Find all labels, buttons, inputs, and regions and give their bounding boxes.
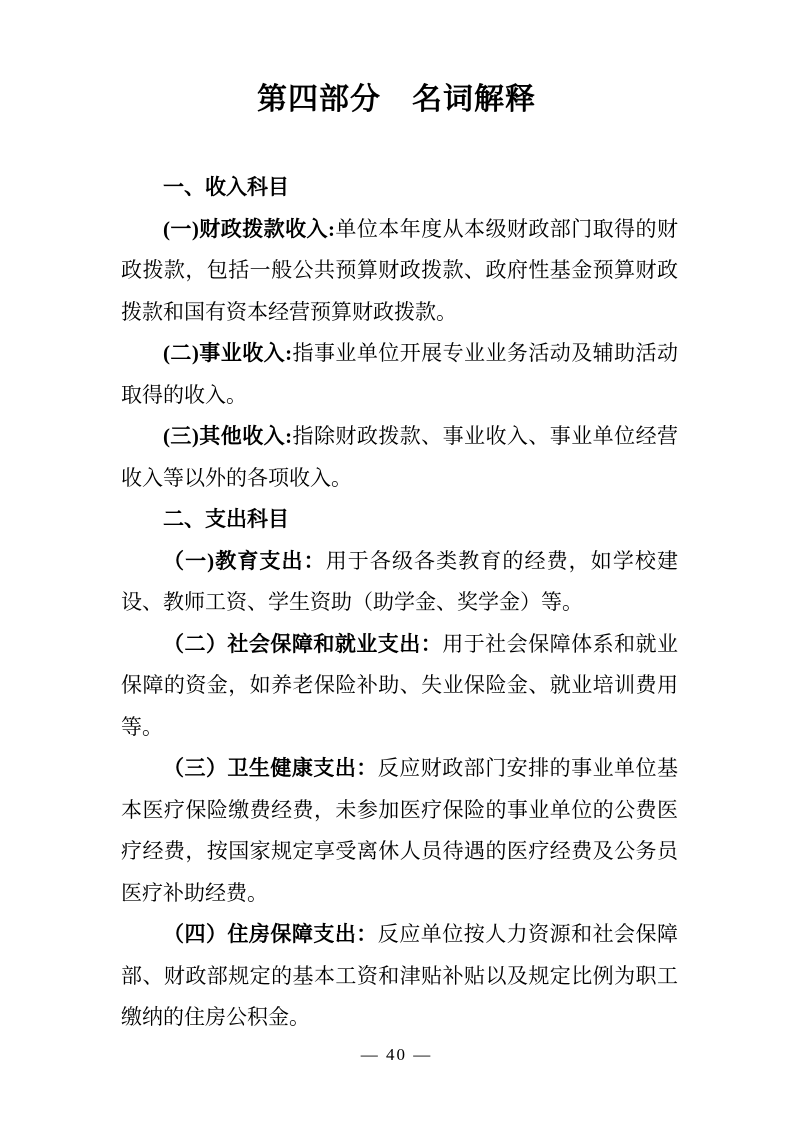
- term-paragraph-fiscal-appropriation-income: (一)财政拨款收入:单位本年度从本级财政部门取得的财政拨款，包括一般公共预算财政…: [121, 209, 678, 334]
- section-heading-income: 一、收入科目: [121, 167, 678, 209]
- page-number: — 40 —: [0, 1045, 793, 1065]
- term-label: (二)事业收入:: [163, 341, 292, 365]
- term-label: （三）卫生健康支出：: [163, 756, 378, 780]
- page-title: 第四部分 名词解释: [0, 0, 793, 120]
- document-page: 第四部分 名词解释 一、收入科目 (一)财政拨款收入:单位本年度从本级财政部门取…: [0, 0, 793, 1122]
- term-paragraph-other-income: (三)其他收入:指除财政拨款、事业收入、事业单位经营收入等以外的各项收入。: [121, 416, 678, 499]
- term-paragraph-housing-expenditure: （四）住房保障支出：反应单位按人力资源和社会保障部、财政部规定的基本工资和津贴补…: [121, 914, 678, 1039]
- section-heading-expenditure: 二、支出科目: [121, 499, 678, 541]
- term-paragraph-social-security-expenditure: （二）社会保障和就业支出：用于社会保障体系和就业保障的资金，如养老保险补助、失业…: [121, 624, 678, 749]
- term-paragraph-education-expenditure: （一)教育支出：用于各级各类教育的经费，如学校建设、教师工资、学生资助（助学金、…: [121, 541, 678, 624]
- term-label: (一)财政拨款收入:: [163, 217, 335, 241]
- term-label: (三)其他收入:: [163, 424, 292, 448]
- term-paragraph-institutional-income: (二)事业收入:指事业单位开展专业业务活动及辅助活动取得的收入。: [121, 333, 678, 416]
- document-body: 一、收入科目 (一)财政拨款收入:单位本年度从本级财政部门取得的财政拨款，包括一…: [121, 167, 678, 1039]
- term-label: （四）住房保障支出：: [163, 922, 378, 946]
- term-paragraph-health-expenditure: （三）卫生健康支出：反应财政部门安排的事业单位基本医疗保险缴费经费，未参加医疗保…: [121, 748, 678, 914]
- term-label: （二）社会保障和就业支出：: [163, 632, 442, 656]
- term-label: （一)教育支出：: [163, 549, 326, 573]
